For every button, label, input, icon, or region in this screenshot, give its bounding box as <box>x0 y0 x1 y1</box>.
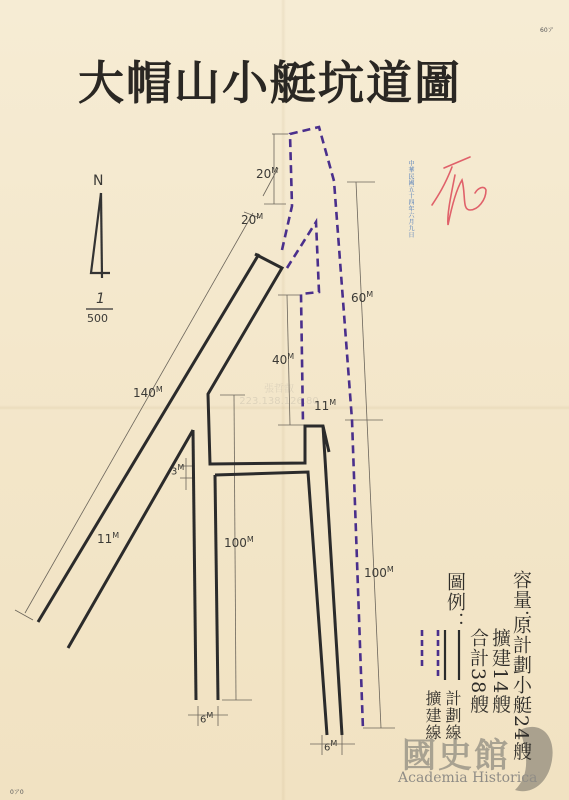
dim-right-upper: 60M <box>351 290 373 305</box>
dim-small-gap: 3M <box>171 463 184 477</box>
capacity-expansion: 擴建14艘 <box>489 628 511 714</box>
scale-denominator: 500 <box>87 312 108 325</box>
dim-top-segment: 20M <box>256 166 278 181</box>
dim-right-lower: 100M <box>364 565 394 580</box>
dim-upper-diagonal: 20M <box>241 212 263 227</box>
legend-label: 圖例： <box>444 572 466 632</box>
dim-main-diagonal: 140M <box>133 385 163 400</box>
capacity-original-plan: 原計劃小艇24艘 <box>510 615 532 761</box>
north-arrow-icon <box>91 193 110 278</box>
handwritten-mark-icon <box>432 157 486 225</box>
capacity-total: 合計38艘 <box>467 628 489 714</box>
north-label: N <box>93 173 103 189</box>
planned-tunnel-lines <box>38 254 342 735</box>
dim-left-vertical: 100M <box>224 535 254 550</box>
dim-bottom-width-left: 6M <box>200 711 213 725</box>
dim-bottom-width-right: 6M <box>324 739 337 753</box>
scale-numerator: 1 <box>96 291 105 307</box>
archive-logo-english: Academia Historica <box>398 770 537 786</box>
dim-diagonal-width: 11M <box>97 531 119 546</box>
legend-samples <box>422 630 459 680</box>
dim-connector-width: 11M <box>314 398 336 413</box>
dim-inner-vertical: 40M <box>272 352 294 367</box>
